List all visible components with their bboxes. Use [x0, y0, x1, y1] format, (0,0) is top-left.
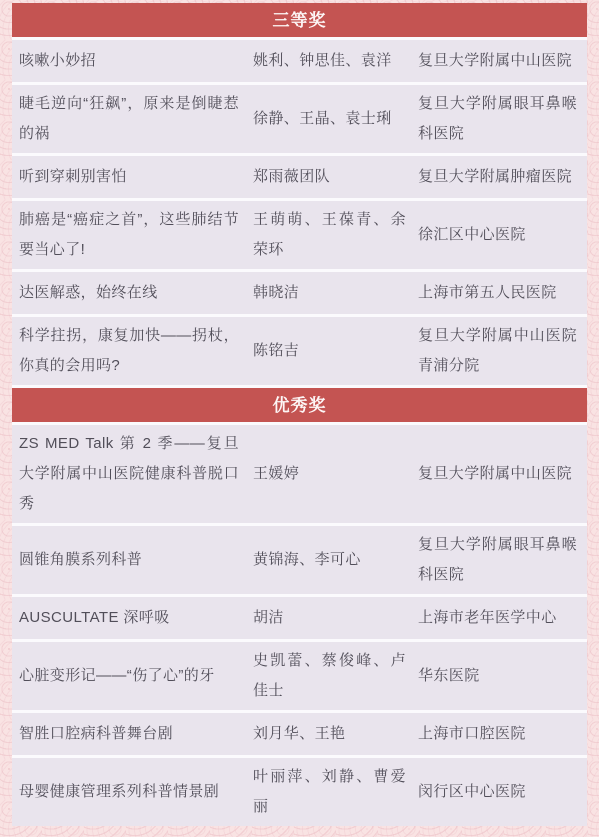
table-row: 母婴健康管理系列科普情景剧 叶丽萍、刘静、曹爱丽 闵行区中心医院 [12, 758, 587, 826]
hospital-cell: 徐汇区中心医院 [418, 216, 587, 254]
hospital-cell: 复旦大学附属中山医院 [418, 42, 587, 80]
authors-cell: 王媛婷 [253, 455, 418, 493]
table-row: ZS MED Talk 第 2 季——复旦大学附属中山医院健康科普脱口秀 王媛婷… [12, 425, 587, 526]
awards-table: 三等奖 咳嗽小妙招 姚利、钟思佳、袁洋 复旦大学附属中山医院 睫毛逆向“狂飙”，… [12, 3, 587, 826]
authors-cell: 叶丽萍、刘静、曹爱丽 [253, 758, 418, 826]
work-title-cell: 圆锥角膜系列科普 [12, 541, 253, 579]
section-header: 优秀奖 [12, 388, 587, 425]
work-title-cell: 肺癌是“癌症之首”，这些肺结节要当心了! [12, 201, 253, 269]
award-section: 三等奖 咳嗽小妙招 姚利、钟思佳、袁洋 复旦大学附属中山医院 睫毛逆向“狂飙”，… [12, 3, 587, 388]
work-title-cell: 咳嗽小妙招 [12, 42, 253, 80]
section-rows: ZS MED Talk 第 2 季——复旦大学附属中山医院健康科普脱口秀 王媛婷… [12, 425, 587, 826]
table-row: 圆锥角膜系列科普 黄锦海、李可心 复旦大学附属眼耳鼻喉科医院 [12, 526, 587, 597]
hospital-cell: 复旦大学附属中山医院青浦分院 [418, 317, 587, 385]
hospital-cell: 复旦大学附属眼耳鼻喉科医院 [418, 526, 587, 594]
authors-cell: 史凯蕾、蔡俊峰、卢佳士 [253, 642, 418, 710]
section-title: 优秀奖 [273, 397, 327, 414]
work-title-cell: 心脏变形记——“伤了心”的牙 [12, 657, 253, 695]
authors-cell: 刘月华、王艳 [253, 715, 418, 753]
table-row: 智胜口腔病科普舞台剧 刘月华、王艳 上海市口腔医院 [12, 713, 587, 758]
work-title-cell: AUSCULTATE 深呼吸 [12, 599, 253, 637]
hospital-cell: 闵行区中心医院 [418, 773, 587, 811]
authors-cell: 郑雨薇团队 [253, 158, 418, 196]
award-section: 优秀奖 ZS MED Talk 第 2 季——复旦大学附属中山医院健康科普脱口秀… [12, 388, 587, 826]
table-row: 听到穿刺别害怕 郑雨薇团队 复旦大学附属肿瘤医院 [12, 156, 587, 201]
authors-cell: 王萌萌、王葆青、余荣环 [253, 201, 418, 269]
work-title-cell: 智胜口腔病科普舞台剧 [12, 715, 253, 753]
hospital-cell: 复旦大学附属眼耳鼻喉科医院 [418, 85, 587, 153]
work-title-cell: 母婴健康管理系列科普情景剧 [12, 773, 253, 811]
authors-cell: 徐静、王晶、袁士琍 [253, 100, 418, 138]
hospital-cell: 上海市第五人民医院 [418, 274, 587, 312]
authors-cell: 韩晓洁 [253, 274, 418, 312]
table-row: 心脏变形记——“伤了心”的牙 史凯蕾、蔡俊峰、卢佳士 华东医院 [12, 642, 587, 713]
authors-cell: 陈铭吉 [253, 332, 418, 370]
work-title-cell: 达医解惑，始终在线 [12, 274, 253, 312]
section-title: 三等奖 [273, 12, 327, 29]
hospital-cell: 华东医院 [418, 657, 587, 695]
authors-cell: 姚利、钟思佳、袁洋 [253, 42, 418, 80]
hospital-cell: 复旦大学附属中山医院 [418, 455, 587, 493]
authors-cell: 胡洁 [253, 599, 418, 637]
work-title-cell: 听到穿刺别害怕 [12, 158, 253, 196]
hospital-cell: 上海市老年医学中心 [418, 599, 587, 637]
hospital-cell: 上海市口腔医院 [418, 715, 587, 753]
table-row: 达医解惑，始终在线 韩晓洁 上海市第五人民医院 [12, 272, 587, 317]
table-row: 科学拄拐，康复加快——拐杖，你真的会用吗? 陈铭吉 复旦大学附属中山医院青浦分院 [12, 317, 587, 388]
table-row: 肺癌是“癌症之首”，这些肺结节要当心了! 王萌萌、王葆青、余荣环 徐汇区中心医院 [12, 201, 587, 272]
table-row: AUSCULTATE 深呼吸 胡洁 上海市老年医学中心 [12, 597, 587, 642]
work-title-cell: 睫毛逆向“狂飙”，原来是倒睫惹的祸 [12, 85, 253, 153]
section-rows: 咳嗽小妙招 姚利、钟思佳、袁洋 复旦大学附属中山医院 睫毛逆向“狂飙”，原来是倒… [12, 40, 587, 388]
section-header: 三等奖 [12, 3, 587, 40]
hospital-cell: 复旦大学附属肿瘤医院 [418, 158, 587, 196]
table-row: 睫毛逆向“狂飙”，原来是倒睫惹的祸 徐静、王晶、袁士琍 复旦大学附属眼耳鼻喉科医… [12, 85, 587, 156]
table-row: 咳嗽小妙招 姚利、钟思佳、袁洋 复旦大学附属中山医院 [12, 40, 587, 85]
authors-cell: 黄锦海、李可心 [253, 541, 418, 579]
work-title-cell: ZS MED Talk 第 2 季——复旦大学附属中山医院健康科普脱口秀 [12, 425, 253, 523]
work-title-cell: 科学拄拐，康复加快——拐杖，你真的会用吗? [12, 317, 253, 385]
